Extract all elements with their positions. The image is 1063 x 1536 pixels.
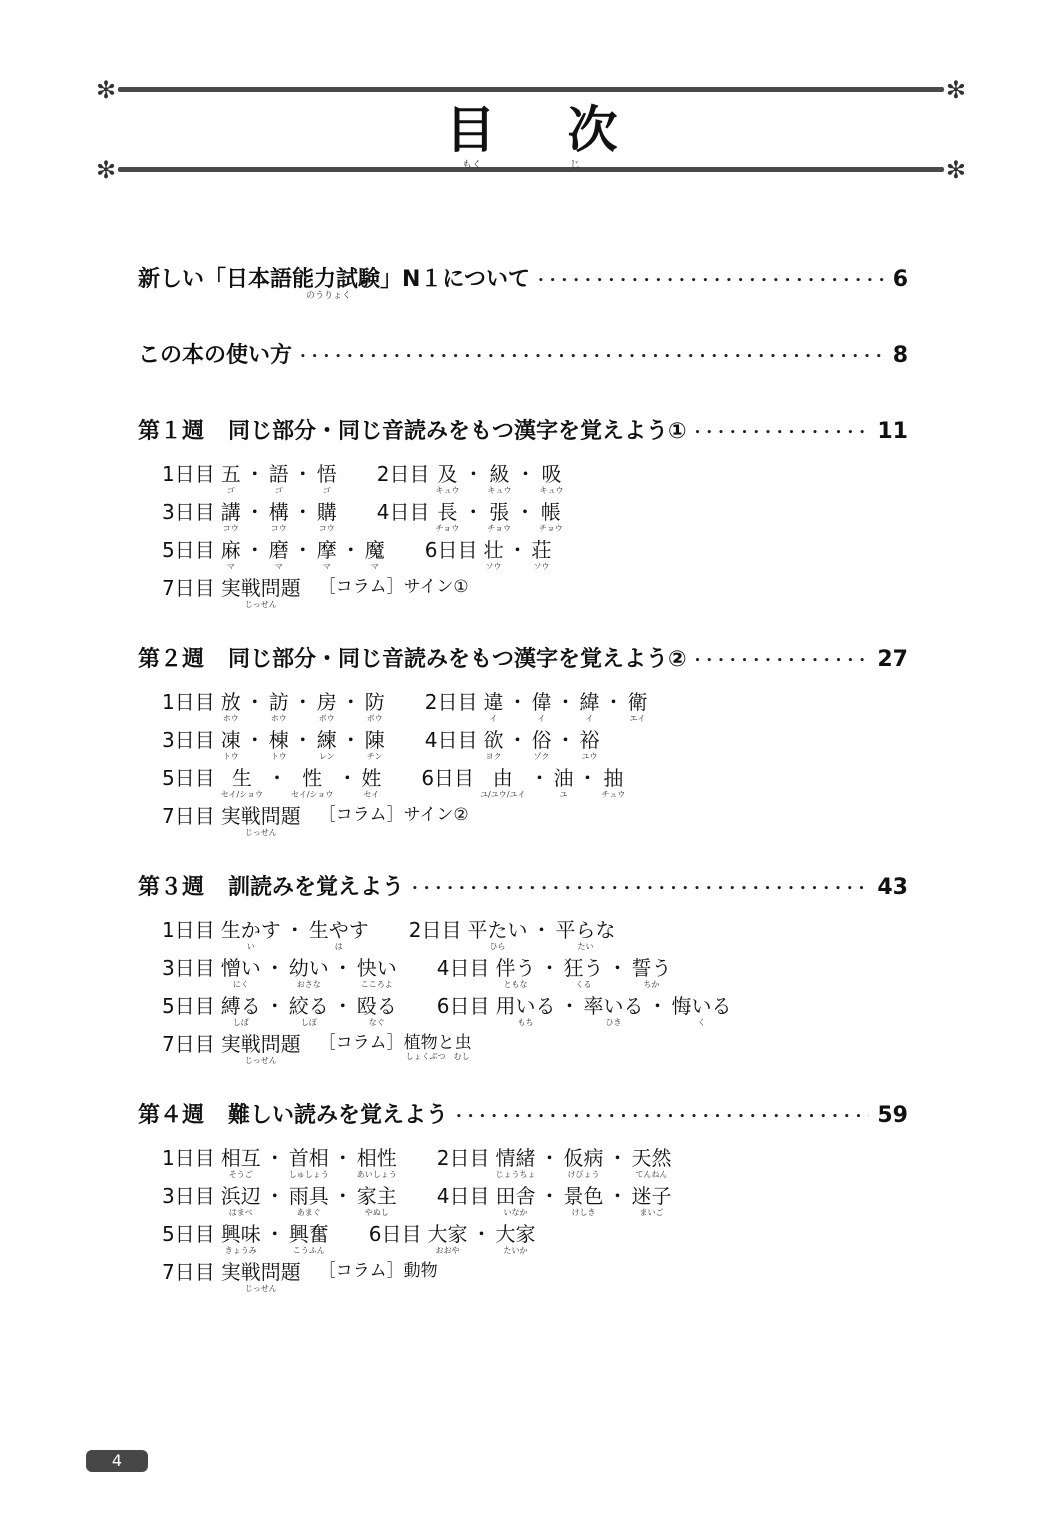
reading: あまぐ (297, 1208, 321, 1218)
day-list: 1日目 放 ホウ ・ 訪 ホウ ・ 房 ボウ ・ 防 ボウ 2日目 違 イ (162, 686, 647, 838)
separator: ・ (647, 990, 667, 1019)
practice-title: 実戦問題 (221, 800, 301, 829)
toc-entry-week-4[interactable]: 第４週 難しい読みを覚えよう 59 (138, 1098, 908, 1129)
day-entry[interactable]: 7日目 実戦問題 じっせん ［コラム］ サイン② (162, 800, 469, 838)
reading: じっせん (245, 600, 277, 610)
separator: ・ (337, 762, 357, 791)
kanji: 練 (317, 724, 337, 753)
day-entry[interactable]: 5日目 生 セイ/ショウ ・ 性 セイ/ショウ ・ 姓 セイ (162, 762, 381, 800)
reading: じっせん (245, 828, 277, 838)
reading: レン (319, 752, 335, 762)
kanji-item: 及 キュウ (435, 458, 459, 496)
kanji: 俗 (531, 724, 551, 753)
day-list: 1日目 五 ゴ ・ 語 ゴ ・ 悟 ゴ 2日目 及 キュウ ・ 級 キュウ (162, 458, 563, 610)
kanji: 大家 (495, 1218, 535, 1247)
day-entry[interactable]: 5日目 興味 きょうみ ・ 興奮 こうふん (162, 1218, 329, 1256)
kanji: 講 (221, 496, 241, 525)
page-number: 27 (877, 647, 908, 672)
kanji-item: 生かす い (221, 914, 281, 952)
kanji-item: 俗 ゾク (531, 724, 551, 762)
kanji: 陳 (365, 724, 385, 753)
kanji: 伴う (495, 952, 535, 981)
kanji: 放 (221, 686, 241, 715)
kanji-item: 天然 てんねん (631, 1142, 671, 1180)
kanji-item: 摩 マ (317, 534, 337, 572)
reading: ゴ (227, 486, 235, 496)
practice-title: 実戦問題 (221, 1028, 301, 1057)
reading: こうふん (293, 1246, 325, 1256)
reading: キュウ (435, 486, 459, 496)
toc-entry-week-3[interactable]: 第３週 訓読みを覚えよう 43 (138, 870, 908, 901)
separator: ・ (333, 952, 353, 981)
kanji: 興奮 (289, 1218, 329, 1247)
practice-item: 実戦問題 じっせん (221, 800, 301, 838)
kanji: 幼い (289, 952, 329, 981)
reading: マ (371, 562, 379, 572)
kanji-item: 景色 けしき (563, 1180, 603, 1218)
separator: ・ (539, 1180, 559, 1209)
kanji-item: 練 レン (317, 724, 337, 762)
kanji: 狂う (563, 952, 603, 981)
kanji: 房 (317, 686, 337, 715)
kanji-item: 放 ホウ (221, 686, 241, 724)
reading: てんねん (635, 1170, 667, 1180)
title-char: 次 (568, 101, 654, 159)
reading: しゅしょう (289, 1170, 329, 1180)
week-title: 同じ部分・同じ音読みをもつ漢字を覚えよう② (228, 642, 687, 673)
kanji-item: 首相 しゅしょう (289, 1142, 329, 1180)
kanji-item: 興奮 こうふん (289, 1218, 329, 1256)
kanji-item: 衛 エイ (627, 686, 647, 724)
reading: くる (575, 980, 591, 990)
reading: トウ (271, 752, 287, 762)
reading: イ (489, 714, 497, 724)
kanji: 防 (365, 686, 385, 715)
kanji-item: 雨具 あまぐ (289, 1180, 329, 1218)
reading: ソウ (485, 562, 501, 572)
reading: こころよ (361, 980, 393, 990)
title-char: 目 (446, 101, 532, 159)
reading: チン (367, 752, 383, 762)
day-label: 6日目 (437, 990, 490, 1019)
reading: なぐ (369, 1018, 385, 1028)
kanji: 率いる (583, 990, 643, 1019)
day-entry[interactable]: 4日目 田舎 いなか ・ 景色 けしき ・ 迷子 まいご (437, 1180, 672, 1218)
separator: ・ (265, 1218, 285, 1247)
kanji-item: 平らな たい (555, 914, 615, 952)
separator: ・ (559, 990, 579, 1019)
practice-item: 実戦問題 じっせん (221, 1256, 301, 1294)
practice-item: 実戦問題 じっせん (221, 572, 301, 610)
kanji: 購 (317, 496, 337, 525)
reading: ユ/ユウ/ユイ (480, 790, 525, 800)
reading: まいご (639, 1208, 663, 1218)
separator: ・ (245, 686, 265, 715)
week-label: 第３週 (138, 870, 204, 901)
day-label: 3日目 (162, 952, 215, 981)
kanji: 及 (437, 458, 457, 487)
kanji-item: 悟 ゴ (317, 458, 337, 496)
rule-bar (118, 167, 944, 172)
page-number-badge: 4 (86, 1450, 148, 1472)
kanji-item: 構 コウ (269, 496, 289, 534)
kanji: 衛 (627, 686, 647, 715)
separator: ・ (265, 952, 285, 981)
separator: ・ (341, 724, 361, 753)
kanji-item: 緯 イ (579, 686, 599, 724)
kanji-item: 張 チョウ (487, 496, 511, 534)
kanji-item: 荘 ソウ (531, 534, 551, 572)
reading: もち (517, 1018, 533, 1028)
separator: ・ (293, 496, 313, 525)
reading: チョウ (487, 524, 511, 534)
kanji-item: 防 ボウ (365, 686, 385, 724)
separator: ・ (265, 990, 285, 1019)
separator: ・ (515, 496, 535, 525)
day-entry[interactable]: 6日目 由 ユ/ユウ/ユイ ・ 油 ユ ・ 抽 チュウ (421, 762, 625, 800)
reading: きょうみ (225, 1246, 257, 1256)
kanji: 性 (302, 762, 322, 791)
separator: ・ (539, 1142, 559, 1171)
reading: ヨク (485, 752, 501, 762)
reading: キュウ (487, 486, 511, 496)
reading: おさな (297, 980, 321, 990)
reading: マ (323, 562, 331, 572)
separator: ・ (341, 686, 361, 715)
kanji-item: 級 キュウ (487, 458, 511, 496)
leader-dots (695, 422, 870, 443)
separator: ・ (607, 1180, 627, 1209)
day-entry[interactable]: 6日目 大家 おおや ・ 大家 たいか (369, 1218, 536, 1256)
day-entry[interactable]: 7日目 実戦問題 じっせん ［コラム］ 動物 (162, 1256, 438, 1294)
reading: ホウ (271, 714, 287, 724)
day-label: 4日目 (425, 724, 478, 753)
kanji-item: 情緒 じょうちょ (495, 1142, 535, 1180)
day-entry[interactable]: 6日目 用いる もち ・ 率いる ひき ・ 悔いる く (437, 990, 732, 1028)
day-entry[interactable]: 7日目 実戦問題 じっせん ［コラム］ 植物と虫 しょくぶつ むし (162, 1028, 472, 1066)
page-number: 43 (877, 875, 908, 900)
title-ruby: じ (570, 156, 580, 171)
kanji-item: 縛る しば (221, 990, 261, 1028)
reading: コウ (223, 524, 239, 534)
practice-title: 実戦問題 (221, 1256, 301, 1285)
reading: しょくぶつ むし (406, 1052, 470, 1062)
day-entry[interactable]: 3日目 講 コウ ・ 構 コウ ・ 購 コウ (162, 496, 337, 534)
reading: しぼ (301, 1018, 317, 1028)
kanji: 興味 (221, 1218, 261, 1247)
day-entry[interactable]: 3日目 凍 トウ ・ 棟 トウ ・ 練 レン ・ 陳 チン (162, 724, 385, 762)
reading: トウ (223, 752, 239, 762)
kanji-item: 相互 そうご (221, 1142, 261, 1180)
day-row: 7日目 実戦問題 じっせん ［コラム］ サイン② (162, 800, 647, 838)
kanji: 雨具 (289, 1180, 329, 1209)
kanji-item: 率いる ひき (583, 990, 643, 1028)
page-number: 6 (893, 267, 908, 292)
asterisk-ornament-icon: ✻ (96, 156, 116, 184)
day-entry[interactable]: 1日目 五 ゴ ・ 語 ゴ ・ 悟 ゴ (162, 458, 337, 496)
kanji-item: 違 イ (483, 686, 503, 724)
day-entry[interactable]: 5日目 縛る しば ・ 絞る しぼ ・ 殴る なぐ (162, 990, 397, 1028)
day-row: 3日目 凍 トウ ・ 棟 トウ ・ 練 レン ・ 陳 チン 4日目 欲 ヨク (162, 724, 647, 762)
kanji-item: 興味 きょうみ (221, 1218, 261, 1256)
reading: はまべ (229, 1208, 253, 1218)
day-row: 1日目 生かす い ・ 生やす は 2日目 平たい ひら ・ 平らな たい (162, 914, 731, 952)
day-label: 5日目 (162, 990, 215, 1019)
reading: チョウ (539, 524, 563, 534)
kanji-item: 憎い にく (221, 952, 261, 990)
kanji: 吸 (541, 458, 561, 487)
separator: ・ (507, 724, 527, 753)
separator: ・ (293, 724, 313, 753)
page-number: 11 (877, 419, 908, 444)
separator: ・ (293, 534, 313, 563)
kanji-item: 房 ボウ (317, 686, 337, 724)
day-label: 4日目 (437, 952, 490, 981)
reading: マ (227, 562, 235, 572)
separator: ・ (515, 458, 535, 487)
day-row: 3日目 浜辺 はまべ ・ 雨具 あまぐ ・ 家主 やぬし 4日目 田舎 いなか … (162, 1180, 671, 1218)
week-title: 訓読みを覚えよう (228, 870, 404, 901)
toc-entry-week-2[interactable]: 第２週 同じ部分・同じ音読みをもつ漢字を覚えよう② 27 (138, 642, 908, 673)
kanji: 殴る (357, 990, 397, 1019)
day-label: 2日目 (409, 914, 462, 943)
day-row: 7日目 実戦問題 じっせん ［コラム］ サイン① (162, 572, 563, 610)
column-label: ［コラム］ (319, 800, 404, 825)
kanji: 語 (269, 458, 289, 487)
kanji: 欲 (483, 724, 503, 753)
bottom-rule: ✻ ✻ (96, 160, 966, 180)
reading: けしき (571, 1208, 595, 1218)
day-row: 5日目 生 セイ/ショウ ・ 性 セイ/ショウ ・ 姓 セイ 6日目 由 ユ/ユ… (162, 762, 647, 800)
leader-dots (695, 650, 870, 671)
day-entry[interactable]: 4日目 欲 ヨク ・ 俗 ゾク ・ 裕 ユウ (425, 724, 600, 762)
day-entry[interactable]: 7日目 実戦問題 じっせん ［コラム］ サイン① (162, 572, 469, 610)
kanji: 迷子 (631, 1180, 671, 1209)
kanji: 憎い (221, 952, 261, 981)
day-label: 7日目 (162, 1256, 215, 1285)
day-label: 6日目 (425, 534, 478, 563)
reading: ホウ (223, 714, 239, 724)
reading: ひき (605, 1018, 621, 1028)
reading: ひら (489, 942, 505, 952)
reading: ちか (643, 980, 659, 990)
kanji: 抽 (603, 762, 623, 791)
separator: ・ (607, 952, 627, 981)
ruby: のうりょく (306, 288, 351, 301)
day-entry[interactable]: 2日目 平たい ひら ・ 平らな たい (409, 914, 616, 952)
day-entry[interactable]: 4日目 伴う ともな ・ 狂う くる ・ 誓う ちか (437, 952, 672, 990)
kanji-item: 相性 あいしょう (357, 1142, 397, 1180)
kanji: 裕 (579, 724, 599, 753)
kanji: 級 (489, 458, 509, 487)
kanji: 快い (357, 952, 397, 981)
kanji-item: 浜辺 はまべ (221, 1180, 261, 1218)
day-entry[interactable]: 1日目 放 ホウ ・ 訪 ホウ ・ 房 ボウ ・ 防 ボウ (162, 686, 385, 724)
title-ruby: もく (462, 156, 482, 171)
reading: セイ/ショウ (221, 790, 263, 800)
kanji: 張 (489, 496, 509, 525)
day-label: 4日目 (437, 1180, 490, 1209)
reading: イ (537, 714, 545, 724)
column-note: ［コラム］ 動物 (319, 1256, 438, 1281)
kanji: 磨 (269, 534, 289, 563)
day-row: 5日目 麻 マ ・ 磨 マ ・ 摩 マ ・ 魔 マ 6日目 壮 ソウ (162, 534, 563, 572)
day-label: 7日目 (162, 1028, 215, 1057)
kanji-item: 五 ゴ (221, 458, 241, 496)
entry-title: この本の使い方 (138, 338, 292, 369)
separator: ・ (341, 534, 361, 563)
kanji: 麻 (221, 534, 241, 563)
toc-entry-how-to-use[interactable]: この本の使い方 8 (138, 338, 908, 369)
week-label: 第４週 (138, 1098, 204, 1129)
week-label: 第１週 (138, 414, 204, 445)
kanji: 縛る (221, 990, 261, 1019)
separator: ・ (463, 496, 483, 525)
kanji-item: 姓 セイ (361, 762, 381, 800)
separator: ・ (471, 1218, 491, 1247)
kanji-item: 大家 たいか (495, 1218, 535, 1256)
separator: ・ (577, 762, 597, 791)
column-label: ［コラム］ (319, 1256, 404, 1281)
week-label: 第２週 (138, 642, 204, 673)
kanji: 情緒 (495, 1142, 535, 1171)
day-entry[interactable]: 3日目 浜辺 はまべ ・ 雨具 あまぐ ・ 家主 やぬし (162, 1180, 397, 1218)
kanji-item: 抽 チュウ (601, 762, 625, 800)
separator: ・ (539, 952, 559, 981)
separator: ・ (333, 1180, 353, 1209)
kanji: 家主 (357, 1180, 397, 1209)
kanji-item: 用いる もち (495, 990, 555, 1028)
page-title: 目次 もく じ (0, 100, 1063, 160)
separator: ・ (529, 762, 549, 791)
day-entry[interactable]: 1日目 相互 そうご ・ 首相 しゅしょう ・ 相性 あいしょう (162, 1142, 397, 1180)
rule-bar (118, 87, 944, 92)
day-entry[interactable]: 2日目 及 キュウ ・ 級 キュウ ・ 吸 キュウ (377, 458, 564, 496)
kanji: 帳 (541, 496, 561, 525)
reading: イ (585, 714, 593, 724)
kanji: 平らな (555, 914, 615, 943)
day-label: 5日目 (162, 1218, 215, 1247)
separator: ・ (293, 686, 313, 715)
day-entry[interactable]: 5日目 麻 マ ・ 磨 マ ・ 摩 マ ・ 魔 マ (162, 534, 385, 572)
kanji-item: 幼い おさな (289, 952, 329, 990)
day-entry[interactable]: 1日目 生かす い ・ 生やす は (162, 914, 369, 952)
kanji: 誓う (631, 952, 671, 981)
separator: ・ (507, 686, 527, 715)
kanji: 偉 (531, 686, 551, 715)
separator: ・ (265, 1142, 285, 1171)
separator: ・ (463, 458, 483, 487)
day-row: 5日目 興味 きょうみ ・ 興奮 こうふん 6日目 大家 おおや ・ 大家 たい… (162, 1218, 671, 1256)
day-label: 1日目 (162, 1142, 215, 1171)
kanji: 長 (437, 496, 457, 525)
kanji: 生やす (309, 914, 369, 943)
reading: コウ (319, 524, 335, 534)
toc-entry-week-1[interactable]: 第１週 同じ部分・同じ音読みをもつ漢字を覚えよう① 11 (138, 414, 908, 445)
reading: たい (577, 942, 593, 952)
kanji-item: 長 チョウ (435, 496, 459, 534)
reading: そうご (229, 1170, 253, 1180)
reading: キュウ (539, 486, 563, 496)
column-title: サイン① (404, 572, 469, 597)
day-label: 3日目 (162, 1180, 215, 1209)
kanji-item: 油 ユ (553, 762, 573, 800)
reading: く (697, 1018, 705, 1028)
kanji-item: 家主 やぬし (357, 1180, 397, 1218)
kanji: 田舎 (495, 1180, 535, 1209)
day-row: 1日目 放 ホウ ・ 訪 ホウ ・ 房 ボウ ・ 防 ボウ 2日目 違 イ (162, 686, 647, 724)
day-label: 7日目 (162, 572, 215, 601)
reading: ソウ (533, 562, 549, 572)
separator: ・ (333, 1142, 353, 1171)
reading: マ (275, 562, 283, 572)
reading: じっせん (245, 1056, 277, 1066)
page-number: 59 (877, 1103, 908, 1128)
separator: ・ (245, 496, 265, 525)
reading: チュウ (601, 790, 625, 800)
kanji-item: 磨 マ (269, 534, 289, 572)
reading: たいか (503, 1246, 527, 1256)
toc-entry-about-n1[interactable]: 新しい「日本語能力試験」N１について 6 のうりょく (138, 262, 908, 293)
practice-title: 実戦問題 (221, 572, 301, 601)
kanji: 首相 (289, 1142, 329, 1171)
reading: にく (233, 980, 249, 990)
column-note: ［コラム］ サイン② (319, 800, 469, 825)
day-label: 1日目 (162, 686, 215, 715)
day-label: 3日目 (162, 496, 215, 525)
separator: ・ (507, 534, 527, 563)
day-entry[interactable]: 2日目 情緒 じょうちょ ・ 仮病 けびょう ・ 天然 てんねん (437, 1142, 672, 1180)
reading: ボウ (367, 714, 383, 724)
kanji-item: 伴う ともな (495, 952, 535, 990)
reading: じょうちょ (495, 1170, 535, 1180)
kanji-item: 偉 イ (531, 686, 551, 724)
leader-dots (412, 878, 869, 899)
kanji: 用いる (495, 990, 555, 1019)
day-label: 6日目 (369, 1218, 422, 1247)
kanji-item: 悔いる く (671, 990, 731, 1028)
reading: けびょう (567, 1170, 599, 1180)
day-entry[interactable]: 3日目 憎い にく ・ 幼い おさな ・ 快い こころよ (162, 952, 397, 990)
kanji-item: 凍 トウ (221, 724, 241, 762)
column-note: ［コラム］ サイン① (319, 572, 469, 597)
top-rule: ✻ ✻ (96, 80, 966, 100)
separator: ・ (555, 686, 575, 715)
kanji: 摩 (317, 534, 337, 563)
kanji-item: 裕 ユウ (579, 724, 599, 762)
day-row: 3日目 講 コウ ・ 構 コウ ・ 購 コウ 4日目 長 チョウ ・ 張 チョウ (162, 496, 563, 534)
kanji: 相性 (357, 1142, 397, 1171)
day-entry[interactable]: 2日目 違 イ ・ 偉 イ ・ 緯 イ ・ 衛 エイ (425, 686, 648, 724)
day-label: 6日目 (421, 762, 474, 791)
day-label: 1日目 (162, 458, 215, 487)
day-label: 2日目 (425, 686, 478, 715)
day-list: 1日目 相互 そうご ・ 首相 しゅしょう ・ 相性 あいしょう 2日目 情緒 … (162, 1142, 671, 1294)
reading: しば (233, 1018, 249, 1028)
kanji-item: 購 コウ (317, 496, 337, 534)
day-entry[interactable]: 6日目 壮 ソウ ・ 荘 ソウ (425, 534, 552, 572)
practice-item: 実戦問題 じっせん (221, 1028, 301, 1066)
kanji: 景色 (563, 1180, 603, 1209)
kanji: 浜辺 (221, 1180, 261, 1209)
column-note: ［コラム］ 植物と虫 しょくぶつ むし (319, 1028, 472, 1062)
separator: ・ (603, 686, 623, 715)
reading: ユウ (581, 752, 597, 762)
kanji-item: 講 コウ (221, 496, 241, 534)
kanji-item: 性 セイ/ショウ (291, 762, 333, 800)
page-number: 8 (893, 343, 908, 368)
day-entry[interactable]: 4日目 長 チョウ ・ 張 チョウ ・ 帳 チョウ (377, 496, 563, 534)
